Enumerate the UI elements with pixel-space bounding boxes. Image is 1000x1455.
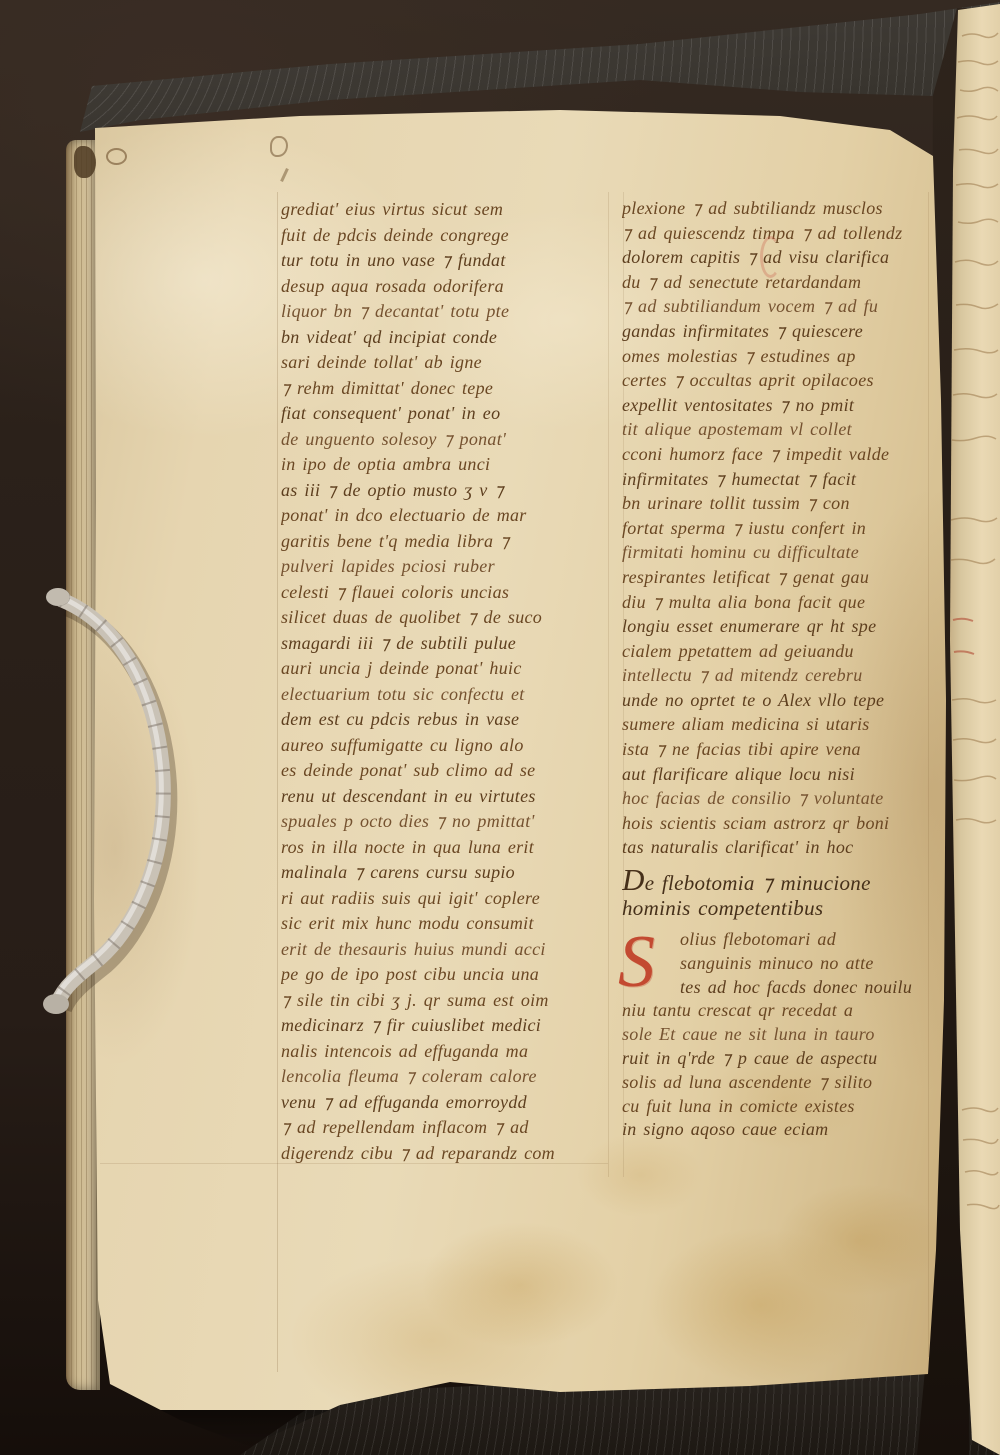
text-line: nalis intencois ad effuganda ma xyxy=(281,1039,613,1065)
text-line: diu ⁊ multa alia bona facit que xyxy=(622,590,934,615)
text-line: intellectu ⁊ ad mitendz cerebru xyxy=(622,663,934,688)
text-line: lencolia fleuma ⁊ coleram calore xyxy=(281,1064,613,1090)
text-line: tur totu in uno vase ⁊ fundat xyxy=(281,248,613,274)
ink-ring-mark xyxy=(106,148,127,165)
text-line: sanguinis minuco no atte xyxy=(680,952,934,976)
text-line: pulveri lapides pciosi ruber xyxy=(281,554,613,580)
text-line: fuit de pdcis deinde congrege xyxy=(281,223,613,249)
text-line: pe go de ipo post cibu uncia una xyxy=(281,962,613,988)
text-line: unde no oprtet te o Alex vllo tepe xyxy=(622,688,934,713)
text-line: expellit ventositates ⁊ no pmit xyxy=(622,393,934,418)
text-line: sole Et caue ne sit luna in tauro xyxy=(622,1023,934,1047)
text-line: fiat consequent' ponat' in eo xyxy=(281,401,613,427)
text-line: silicet duas de quolibet ⁊ de suco xyxy=(281,605,613,631)
text-line: firmitati hominu cu difficultate xyxy=(622,540,934,565)
text-line: sic erit mix hunc modu consumit xyxy=(281,911,613,937)
text-line: es deinde ponat' sub climo ad se xyxy=(281,758,613,784)
text-line: longiu esset enumerare qr ht spe xyxy=(622,614,934,639)
text-line: aureo suffumigatte cu ligno alo xyxy=(281,733,613,759)
text-line: as iii ⁊ de optio musto ʒ v ⁊ xyxy=(281,478,613,504)
heading-line-1: De flebotomia ⁊ minucione xyxy=(622,866,934,894)
right-column-lines: plexione ⁊ ad subtiliandz musclos⁊ ad qu… xyxy=(622,196,934,860)
text-line: celesti ⁊ flauei coloris uncias xyxy=(281,580,613,606)
text-line: ri aut radiis suis qui igit' coplere xyxy=(281,886,613,912)
text-line: renu ut descendant in eu virtutes xyxy=(281,784,613,810)
text-line: smagardi iii ⁊ de subtili pulue xyxy=(281,631,613,657)
red-drop-cap: S xyxy=(618,926,655,998)
text-line: olius flebotomari ad xyxy=(680,928,934,952)
text-line: medicinarz ⁊ fir cuiuslibet medici xyxy=(281,1013,613,1039)
text-line: cu fuit luna in comicte existes xyxy=(622,1095,934,1119)
text-line: de unguento solesoy ⁊ ponat' xyxy=(281,427,613,453)
text-line: fortat sperma ⁊ iustu confert in xyxy=(622,516,934,541)
text-line: du ⁊ ad senectute retardandam xyxy=(622,270,934,295)
text-line: aut flarificare alique locu nisi xyxy=(622,762,934,787)
text-line: omes molestias ⁊ estudines ap xyxy=(622,344,934,369)
text-line: in signo aqoso caue eciam xyxy=(622,1118,934,1142)
paragraph-lines: olius flebotomari adsanguinis minuco no … xyxy=(622,928,934,1142)
text-line: ruit in q'rde ⁊ p caue de aspectu xyxy=(622,1047,934,1071)
rubricated-paragraph: S olius flebotomari adsanguinis minuco n… xyxy=(622,928,934,1142)
text-column-right: plexione ⁊ ad subtiliandz musclos⁊ ad qu… xyxy=(622,196,934,1142)
text-line: respirantes letificat ⁊ genat gau xyxy=(622,565,934,590)
text-line: liquor bn ⁊ decantat' totu pte xyxy=(281,299,613,325)
text-line: hois scientis sciam astrorz qr boni xyxy=(622,811,934,836)
text-line: in ipo de optia ambra unci xyxy=(281,452,613,478)
text-line: ⁊ ad subtiliandum vocem ⁊ ad fu xyxy=(622,294,934,319)
text-line: solis ad luna ascendente ⁊ silito xyxy=(622,1071,934,1095)
text-line: ros in illa nocte in qua luna erit xyxy=(281,835,613,861)
text-line: garitis bene t'q media libra ⁊ xyxy=(281,529,613,555)
text-line: certes ⁊ occultas aprit opilacoes xyxy=(622,368,934,393)
manuscript-photo: grediat' eius virtus sicut semfuit de pd… xyxy=(0,0,1000,1455)
text-line: ista ⁊ ne facias tibi apire vena xyxy=(622,737,934,762)
text-line: cialem ppetattem ad geiuandu xyxy=(622,639,934,664)
heading-line-2: hominis competentibus xyxy=(622,894,934,922)
text-line: niu tantu crescat qr recedat a xyxy=(622,999,934,1023)
text-line: tit alique apostemam vl collet xyxy=(622,417,934,442)
text-line: bn urinare tollit tussim ⁊ con xyxy=(622,491,934,516)
text-line: electuarium totu sic confectu et xyxy=(281,682,613,708)
text-line: erit de thesauris huius mundi acci xyxy=(281,937,613,963)
text-line: digerendz cibu ⁊ ad reparandz com xyxy=(281,1141,613,1167)
text-line: venu ⁊ ad effuganda emorroydd xyxy=(281,1090,613,1116)
text-line: sumere aliam medicina si utaris xyxy=(622,712,934,737)
text-line: cconi humorz face ⁊ impedit valde xyxy=(622,442,934,467)
text-line: gandas infirmitates ⁊ quiescere xyxy=(622,319,934,344)
text-line: ponat' in dco electuario de mar xyxy=(281,503,613,529)
ink-blot xyxy=(74,146,96,178)
text-line: sari deinde tollat' ab igne xyxy=(281,350,613,376)
text-line: hoc facias de consilio ⁊ voluntate xyxy=(622,786,934,811)
chapter-heading: De flebotomia ⁊ minucione hominis compet… xyxy=(622,866,934,922)
text-line: tas naturalis clarificat' in hoc xyxy=(622,835,934,860)
text-line: ⁊ ad repellendam inflacom ⁊ ad xyxy=(281,1115,613,1141)
text-line: auri uncia j deinde ponat' huic xyxy=(281,656,613,682)
text-line: malinala ⁊ carens cursu supio xyxy=(281,860,613,886)
ruling-line-left xyxy=(277,192,278,1372)
text-column-left: grediat' eius virtus sicut semfuit de pd… xyxy=(281,197,613,1166)
text-line: ⁊ rehm dimittat' donec tepe xyxy=(281,376,613,402)
red-show-through xyxy=(953,619,974,654)
red-offset-smear xyxy=(760,236,781,278)
text-line: tes ad hoc facds donec nouilu xyxy=(680,976,934,1000)
text-line: grediat' eius virtus sicut sem xyxy=(281,197,613,223)
text-line: spuales p octo dies ⁊ no pmittat' xyxy=(281,809,613,835)
text-line: bn videat' qd incipiat conde xyxy=(281,325,613,351)
text-line: desup aqua rosada odorifera xyxy=(281,274,613,300)
text-line: infirmitates ⁊ humectat ⁊ facit xyxy=(622,467,934,492)
text-line: plexione ⁊ ad subtiliandz musclos xyxy=(622,196,934,221)
text-line: ⁊ sile tin cibi ʒ j. qr suma est oim xyxy=(281,988,613,1014)
text-line: dem est cu pdcis rebus in vase xyxy=(281,707,613,733)
